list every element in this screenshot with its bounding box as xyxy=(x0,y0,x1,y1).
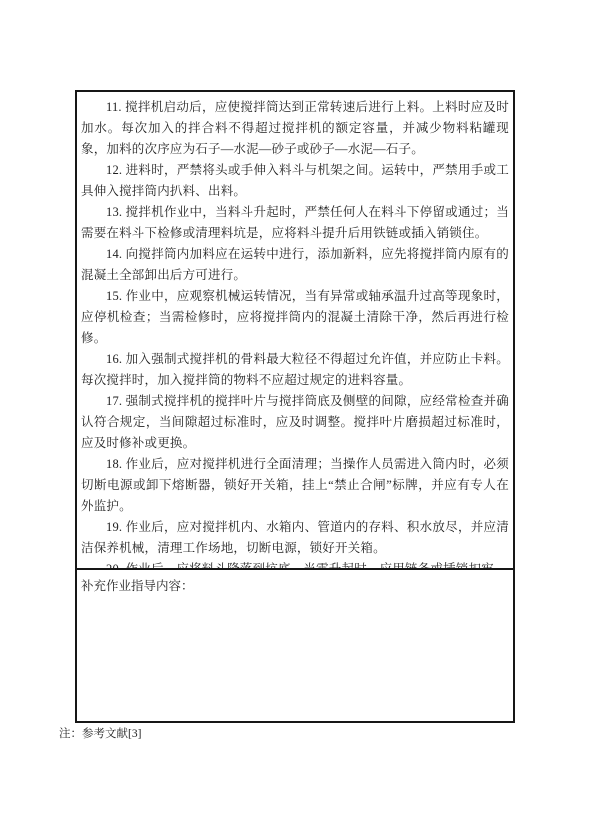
instruction-item-13: 13. 搅拌机作业中，当料斗升起时，严禁任何人在料斗下停留或通过；当需要在料斗下… xyxy=(81,202,509,244)
reference-footnote: 注：参考文献[3] xyxy=(59,727,141,742)
supplement-section: 补充作业指导内容： xyxy=(77,570,513,721)
instruction-item-11: 11. 搅拌机启动后，应使搅拌筒达到正常转速后进行上料。上料时应及时加水。每次加… xyxy=(81,97,509,160)
instruction-item-15: 15. 作业中，应观察机械运转情况，当有异常或轴承温升过高等现象时，应停机检查；… xyxy=(81,286,509,349)
instruction-item-14: 14. 向搅拌筒内加料应在运转中进行，添加新料，应先将搅拌筒内原有的混凝土全部卸… xyxy=(81,244,509,286)
instructions-section: 11. 搅拌机启动后，应使搅拌筒达到正常转速后进行上料。上料时应及时加水。每次加… xyxy=(77,92,513,570)
document-page: 11. 搅拌机启动后，应使搅拌筒达到正常转速后进行上料。上料时应及时加水。每次加… xyxy=(0,0,590,835)
instruction-item-16: 16. 加入强制式搅拌机的骨料最大粒径不得超过允许值，并应防止卡料。每次搅拌时，… xyxy=(81,349,509,391)
supplement-label: 补充作业指导内容： xyxy=(81,577,509,595)
instruction-item-17: 17. 强制式搅拌机的搅拌叶片与搅拌筒底及侧壁的间隙，应经常检查并确认符合规定，… xyxy=(81,391,509,454)
instruction-item-18: 18. 作业后，应对搅拌机进行全面清理；当操作人员需进入筒内时，必须切断电源或卸… xyxy=(81,454,509,517)
instruction-item-20: 20. 作业后，应将料斗降落到坑底，当需升起时，应用链条或插销扣牢。 xyxy=(81,559,509,570)
instruction-item-12: 12. 进料时，严禁将头或手伸入料斗与机架之间。运转中，严禁用手或工具伸入搅拌筒… xyxy=(81,160,509,202)
instruction-item-19: 19. 作业后，应对搅拌机内、水箱内、管道内的存料、积水放尽，并应清洁保养机械，… xyxy=(81,517,509,559)
work-instruction-table: 11. 搅拌机启动后，应使搅拌筒达到正常转速后进行上料。上料时应及时加水。每次加… xyxy=(75,90,515,723)
